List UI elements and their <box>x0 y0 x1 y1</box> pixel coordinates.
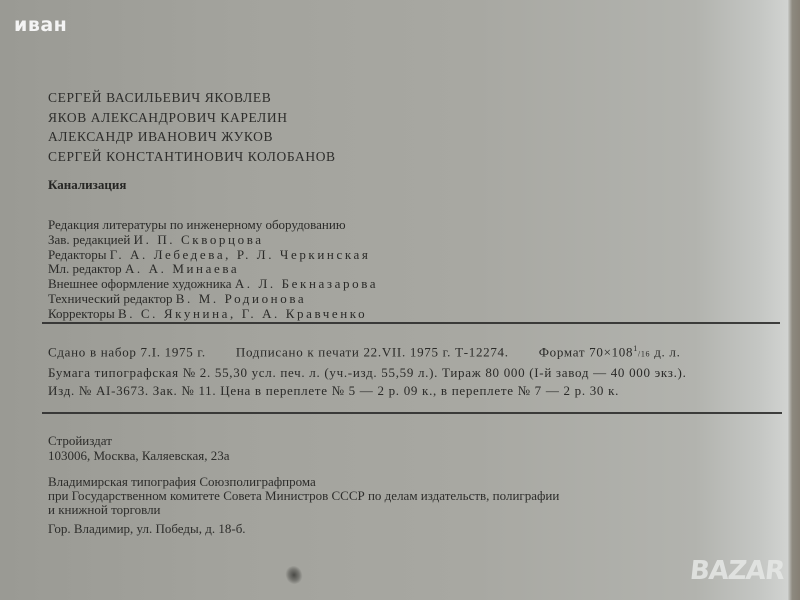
editorial-staff: Редакция литературы по инженерному обору… <box>48 218 378 322</box>
design-label: Внешнее оформление художника <box>48 276 232 291</box>
print-signed-date: Подписано к печати 22.VII. 1975 г. Т-122… <box>236 344 509 359</box>
page-edge <box>788 0 800 600</box>
department-line: Редакция литературы по инженерному обору… <box>48 218 378 233</box>
publisher-block: Стройиздат 103006, Москва, Каляевская, 2… <box>48 434 229 463</box>
printer-line-2: при Государственном комитете Совета Мини… <box>48 489 559 503</box>
imprint-line-3: Изд. № AI-3673. Зак. № 11. Цена в перепл… <box>48 382 687 401</box>
design-line: Внешнее оформление художника А. Л. Бекна… <box>48 277 378 292</box>
typeset-date: Сдано в набор 7.I. 1975 г. <box>48 344 206 359</box>
junior-editor-name: А. А. Минаева <box>125 261 239 276</box>
ink-smudge <box>283 564 304 586</box>
printer-line-1: Владимирская типография Союзполиграфпром… <box>48 475 559 489</box>
imprint-line-2: Бумага типографская № 2. 55,30 усл. печ.… <box>48 364 687 383</box>
printer-block: Владимирская типография Союзполиграфпром… <box>48 475 559 536</box>
imprint-line-1: Сдано в набор 7.I. 1975 г.Подписано к пе… <box>48 340 687 364</box>
head-editor-line: Зав. редакцией И. П. Скворцова <box>48 233 378 248</box>
printer-line-3: и книжной торговли <box>48 503 559 517</box>
junior-editor-label: Мл. редактор <box>48 261 122 276</box>
watermark-username: иван <box>14 14 67 36</box>
book-page: иван СЕРГЕЙ ВАСИЛЬЕВИЧ ЯКОВЛЕВ ЯКОВ АЛЕК… <box>0 0 790 600</box>
bazar-watermark-logo: BAZAR <box>688 556 785 586</box>
editors-label: Редакторы <box>48 247 106 262</box>
printer-address: Гор. Владимир, ул. Победы, д. 18-б. <box>48 522 559 536</box>
authors-list: СЕРГЕЙ ВАСИЛЬЕВИЧ ЯКОВЛЕВ ЯКОВ АЛЕКСАНДР… <box>48 88 336 166</box>
design-name: А. Л. Бекназарова <box>235 276 378 291</box>
author-line: СЕРГЕЙ КОНСТАНТИНОВИЧ КОЛОБАНОВ <box>48 147 336 167</box>
author-line: АЛЕКСАНДР ИВАНОВИЧ ЖУКОВ <box>48 127 336 147</box>
head-editor-label: Зав. редакцией <box>48 232 130 247</box>
tech-editor-name: В. М. Родионова <box>176 291 307 306</box>
proofreaders-line: Корректоры В. С. Якунина, Г. А. Кравченк… <box>48 307 378 322</box>
format-fraction-den: /16 <box>638 349 650 358</box>
junior-editor-line: Мл. редактор А. А. Минаева <box>48 262 378 277</box>
tech-editor-line: Технический редактор В. М. Родионова <box>48 292 378 307</box>
author-line: СЕРГЕЙ ВАСИЛЬЕВИЧ ЯКОВЛЕВ <box>48 88 336 108</box>
editors-line: Редакторы Г. А. Лебедева, Р. Л. Черкинск… <box>48 248 378 263</box>
book-title: Канализация <box>48 177 126 193</box>
format-unit: д. л. <box>650 344 680 359</box>
author-line: ЯКОВ АЛЕКСАНДРОВИЧ КАРЕЛИН <box>48 108 336 128</box>
head-editor-name: И. П. Скворцова <box>134 232 264 247</box>
tech-editor-label: Технический редактор <box>48 291 172 306</box>
publisher-address: 103006, Москва, Каляевская, 23а <box>48 449 229 464</box>
imprint-block: Сдано в набор 7.I. 1975 г.Подписано к пе… <box>48 340 687 401</box>
publisher-name: Стройиздат <box>48 434 229 449</box>
divider <box>42 412 782 414</box>
divider <box>42 322 780 324</box>
editors-names: Г. А. Лебедева, Р. Л. Черкинская <box>110 247 371 262</box>
proofreaders-label: Корректоры <box>48 306 115 321</box>
proofreaders-names: В. С. Якунина, Г. А. Кравченко <box>118 306 367 321</box>
format-value: Формат 70×108 <box>539 344 634 359</box>
